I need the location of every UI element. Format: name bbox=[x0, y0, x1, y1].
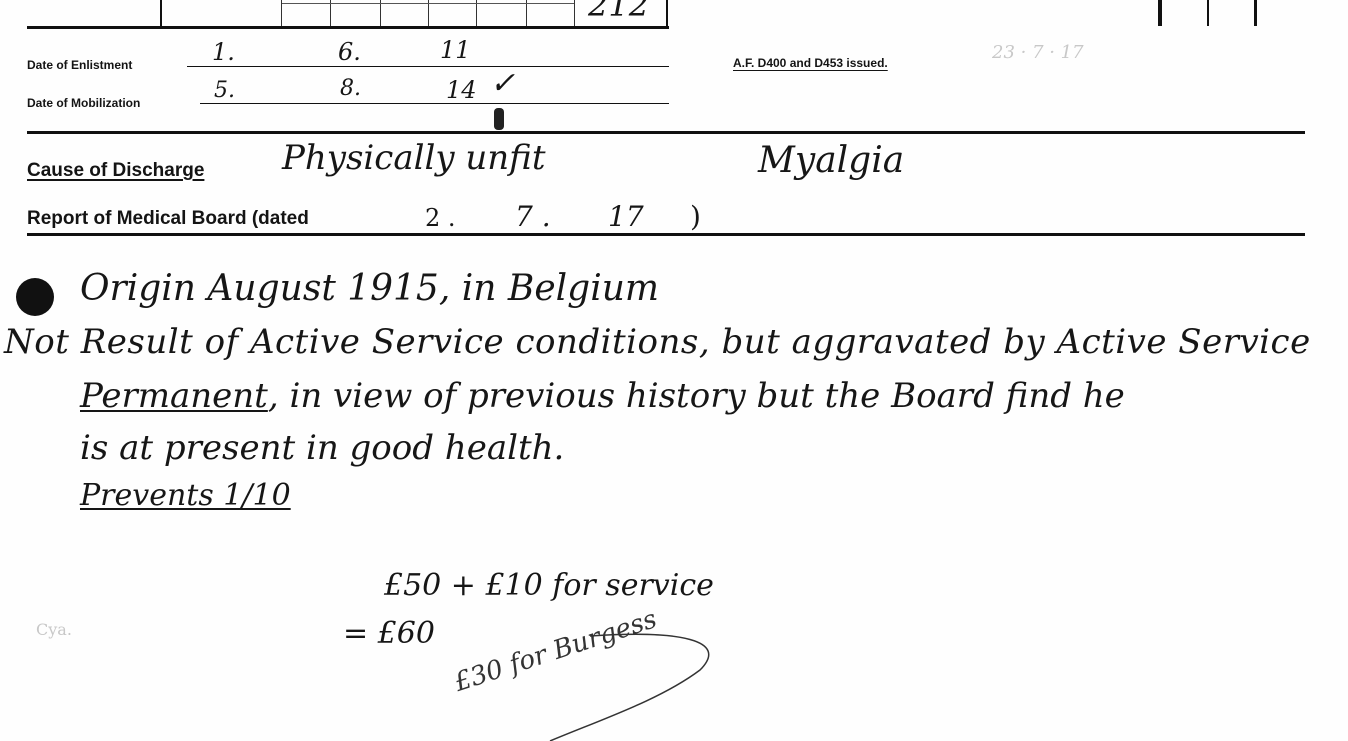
award-pen-stroke bbox=[0, 0, 1348, 741]
